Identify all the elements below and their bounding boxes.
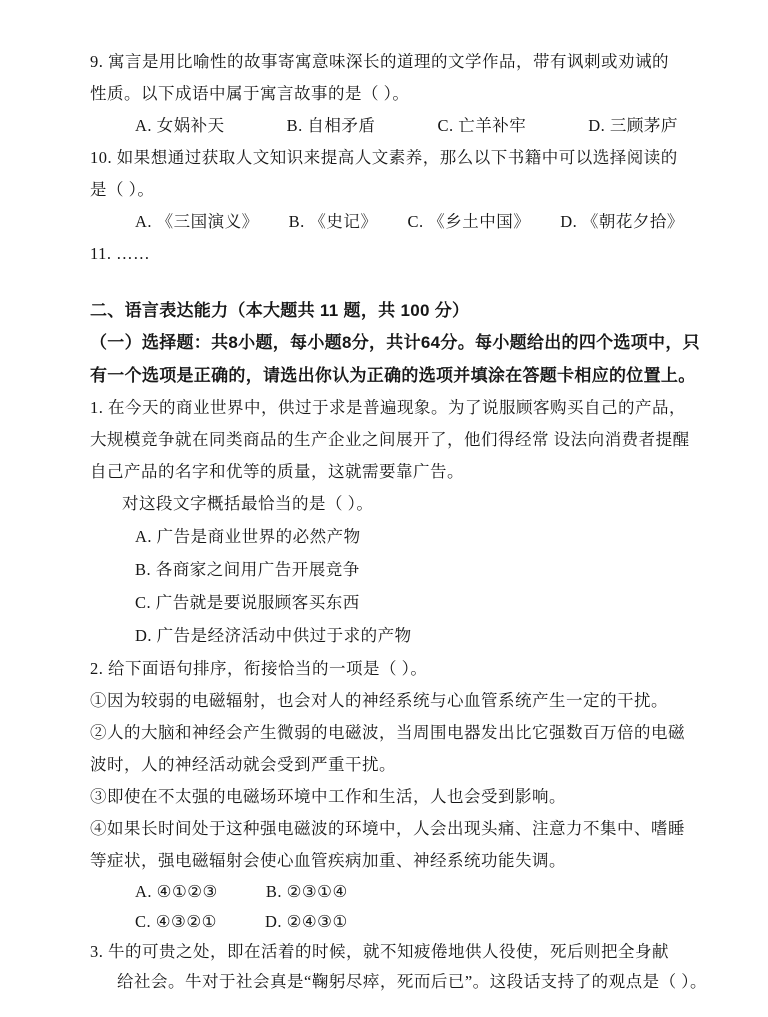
question-2-item-2-line-1: ②人的大脑和神经会产生微弱的电磁波，当周围电器发出比它强数百万倍的电磁 [90, 717, 680, 749]
question-1-option-d: D. 广告是经济活动中供过于求的产物 [90, 619, 680, 652]
question-3: 3. 牛的可贵之处，即在活着的时候，就不知疲倦地供人役使，死后则把全身献 给社会… [90, 937, 680, 997]
question-10-text-line-1: 10. 如果想通过获取人文知识来提高人文素养，那么以下书籍中可以选择阅读的 [90, 142, 680, 174]
question-3-text-line-2: 给社会。牛对于社会真是“鞠躬尽瘁，死而后已”。这段话支持了的观点是（ ）。 [90, 967, 680, 997]
question-2-option-d: D. ②④③① [265, 907, 348, 937]
question-1-text-line-3: 自己产品的名字和优等的质量，这就需要靠广告。 [90, 456, 680, 488]
question-2-item-3: ③即使在不太强的电磁场环境中工作和生活，人也会受到影响。 [90, 781, 680, 813]
section-2-heading: 二、语言表达能力（本大题共 11 题，共 100 分） [90, 296, 680, 326]
question-2: 2. 给下面语句排序，衔接恰当的一项是（ ）。 ①因为较弱的电磁辐射，也会对人的… [90, 653, 680, 937]
question-10-options: A. 《三国演义》 B. 《史记》 C. 《乡土中国》 D. 《朝花夕拾》 [90, 206, 680, 238]
question-10-option-c: C. 《乡土中国》 [407, 206, 530, 238]
question-2-item-4-line-1: ④如果长时间处于这种强电磁波的环境中，人会出现头痛、注意力不集中、嗜睡 [90, 813, 680, 845]
question-9-option-a: A. 女娲补天 [135, 110, 225, 142]
section-2: 二、语言表达能力（本大题共 11 题，共 100 分） （一）选择题：共8小题，… [90, 296, 680, 392]
question-2-option-a: A. ④①②③ [135, 877, 218, 907]
question-9-option-b: B. 自相矛盾 [287, 110, 376, 142]
question-2-item-2-line-2: 波时，人的神经活动就会受到严重干扰。 [90, 749, 680, 781]
question-9: 9. 寓言是用比喻性的故事寄寓意味深长的道理的文学作品，带有讽刺或劝诫的 性质。… [90, 46, 680, 142]
question-1-options: A. 广告是商业世界的必然产物 B. 各商家之间用广告开展竞争 C. 广告就是要… [90, 520, 680, 652]
question-1-option-c: C. 广告就是要说服顾客买东西 [90, 586, 680, 619]
question-2-option-c: C. ④③②① [135, 907, 217, 937]
question-2-options-row-2: C. ④③②① D. ②④③① [90, 907, 680, 937]
section-2-instruction-line-1: （一）选择题：共8小题，每小题8分，共计64分。每小题给出的四个选项中，只 [90, 326, 680, 359]
question-9-option-c: C. 亡羊补牢 [437, 110, 526, 142]
question-10-text-line-2: 是（ ）。 [90, 174, 680, 206]
question-1-text-line-2: 大规模竞争就在同类商品的生产企业之间展开了，他们得经常 设法向消费者提醒 [90, 424, 680, 456]
exam-page: 9. 寓言是用比喻性的故事寄寓意味深长的道理的文学作品，带有讽刺或劝诫的 性质。… [0, 0, 768, 1017]
question-2-item-4-line-2: 等症状，强电磁辐射会使心血管疾病加重、神经系统功能失调。 [90, 845, 680, 877]
section-2-instruction-line-2: 有一个选项是正确的，请选出你认为正确的选项并填涂在答题卡相应的位置上。 [90, 359, 680, 392]
question-10-option-b: B. 《史记》 [289, 206, 378, 238]
question-10-option-a: A. 《三国演义》 [135, 206, 259, 238]
question-11: 11. …… [90, 238, 680, 270]
question-2-options-row-1: A. ④①②③ B. ②③①④ [90, 877, 680, 907]
question-1-option-a: A. 广告是商业世界的必然产物 [90, 520, 680, 553]
question-2-prompt: 2. 给下面语句排序，衔接恰当的一项是（ ）。 [90, 653, 680, 685]
question-9-options: A. 女娲补天 B. 自相矛盾 C. 亡羊补牢 D. 三顾茅庐 [90, 110, 680, 142]
question-1-text-line-1: 1. 在今天的商业世界中，供过于求是普遍现象。为了说服顾客购买自己的产品， [90, 392, 680, 424]
question-1: 1. 在今天的商业世界中，供过于求是普遍现象。为了说服顾客购买自己的产品， 大规… [90, 392, 680, 652]
question-10-option-d: D. 《朝花夕拾》 [560, 206, 684, 238]
question-9-text-line-2: 性质。以下成语中属于寓言故事的是（ ）。 [90, 78, 680, 110]
question-1-option-b: B. 各商家之间用广告开展竞争 [90, 553, 680, 586]
question-3-text-line-1: 3. 牛的可贵之处，即在活着的时候，就不知疲倦地供人役使，死后则把全身献 [90, 937, 680, 967]
question-9-option-d: D. 三顾茅庐 [588, 110, 678, 142]
question-1-prompt: 对这段文字概括最恰当的是（ ）。 [90, 488, 680, 520]
question-2-option-b: B. ②③①④ [266, 877, 348, 907]
question-10: 10. 如果想通过获取人文知识来提高人文素养，那么以下书籍中可以选择阅读的 是（… [90, 142, 680, 238]
question-2-item-1: ①因为较弱的电磁辐射，也会对人的神经系统与心血管系统产生一定的干扰。 [90, 685, 680, 717]
question-9-text-line-1: 9. 寓言是用比喻性的故事寄寓意味深长的道理的文学作品，带有讽刺或劝诫的 [90, 46, 680, 78]
